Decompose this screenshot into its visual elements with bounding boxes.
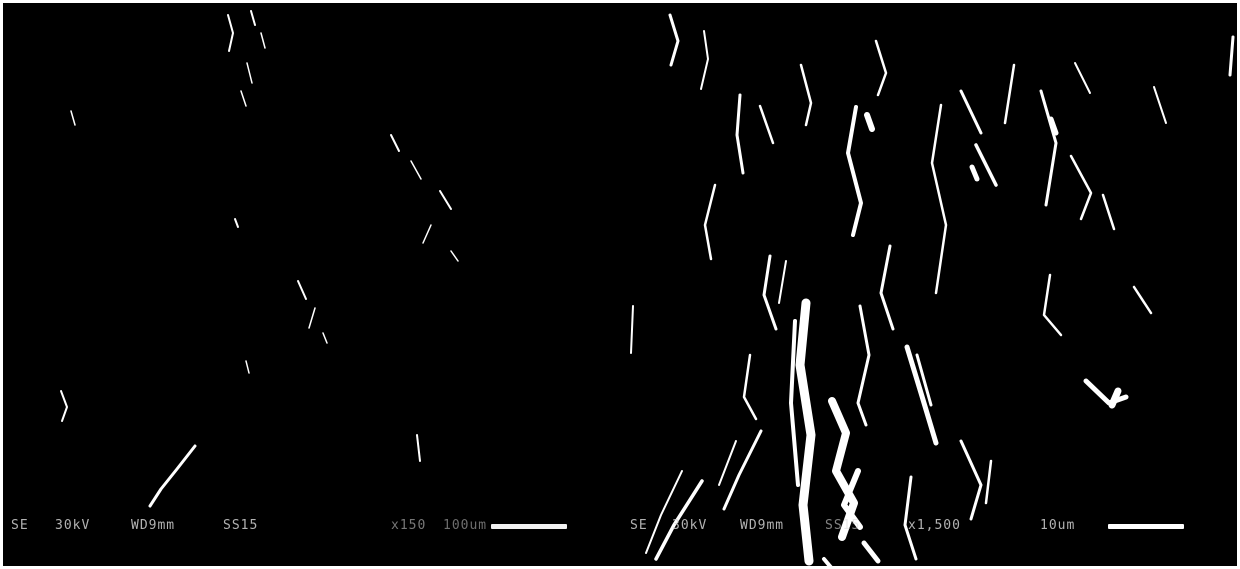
magnification-label: x150 [391, 519, 426, 533]
scale-bar [491, 524, 567, 529]
scale-bar [1108, 524, 1184, 529]
voltage-label: 30kV [672, 519, 707, 533]
voltage-label: 30kV [55, 519, 90, 533]
sem-panel-right: SE 30kV WD9mm SS15 x1,500 10um [620, 3, 1237, 566]
magnification-label: x1,500 [908, 519, 961, 533]
spot-size-label: SS15 [223, 519, 258, 533]
detector-label: SE [11, 519, 29, 533]
micrograph-right [620, 3, 1237, 566]
scale-value-label: 10um [1040, 519, 1075, 533]
working-distance-label: WD9mm [131, 519, 175, 533]
working-distance-label: WD9mm [740, 519, 784, 533]
detector-label: SE [630, 519, 648, 533]
scale-value-label: 100um [443, 519, 487, 533]
spot-size-label: SS15 [825, 519, 860, 533]
sem-figure: SE 30kV WD9mm SS15 x150 100um SE 30kV WD… [0, 0, 1240, 569]
sem-panel-left: SE 30kV WD9mm SS15 x150 100um [3, 3, 620, 566]
micrograph-left [3, 3, 620, 566]
